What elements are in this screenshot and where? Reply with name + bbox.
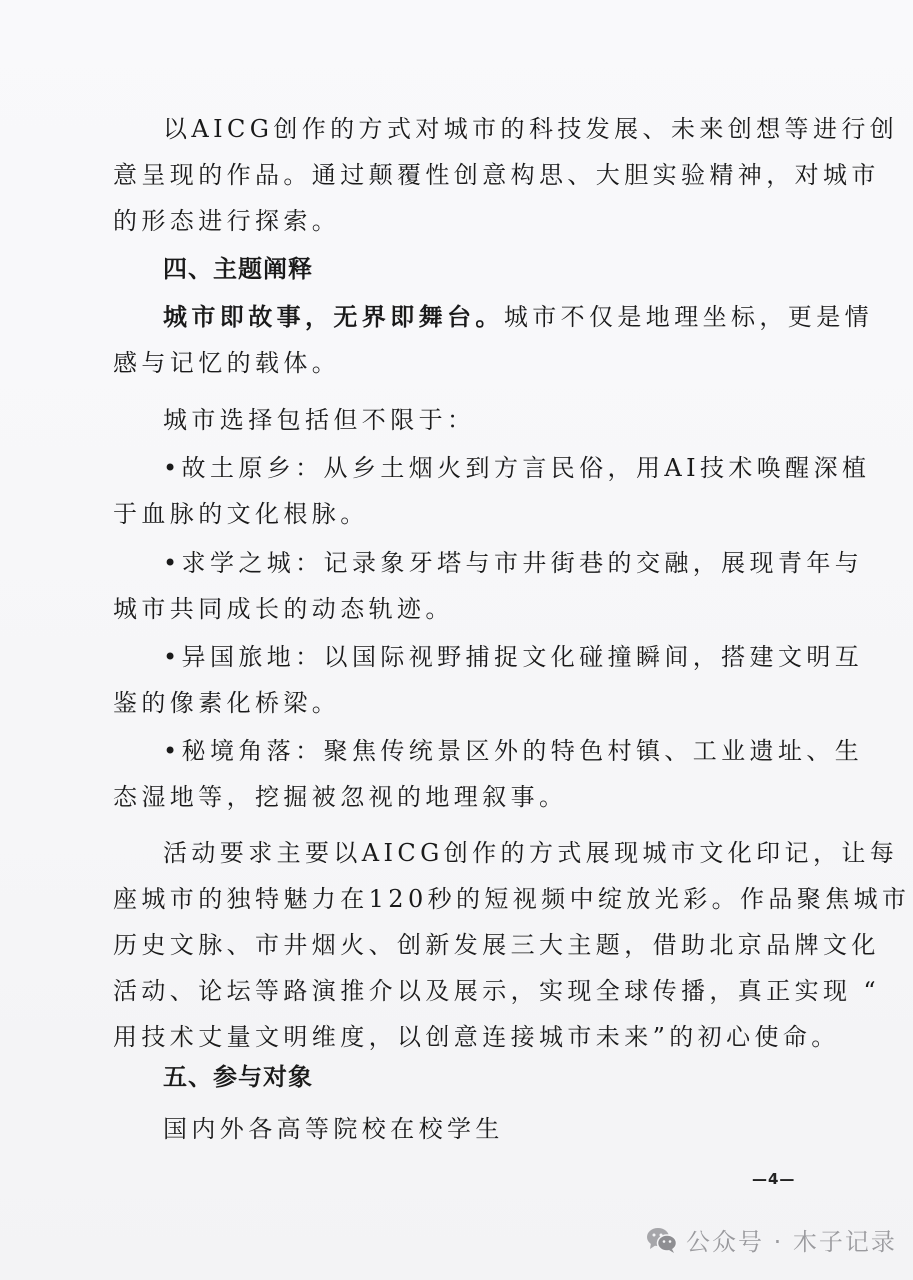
page-number: —4— [752,1170,795,1188]
bullet-foreign-line-1: •异国旅地：以国际视野捕捉文化碰撞瞬间，搭建文明互 [163,642,801,672]
intro-line-1: 以AICG创作的方式对城市的科技发展、未来创想等进行创 [163,114,801,144]
theme-bold-statement: 城市即故事，无界即舞台。 [163,302,504,331]
section-four-heading: 四、主题阐释 [163,254,863,284]
bullet-hidden-corner-line-1: •秘境角落：聚焦传统景区外的特色村镇、工业遗址、生 [163,736,801,766]
bullet-hometown-line-2: 于血脉的文化根脉。 [113,499,813,529]
activity-line-2: 座城市的独特魅力在120秒的短视频中绽放光彩。作品聚焦城市 [113,884,801,914]
bullet-study-city-line-2: 城市共同成长的动态轨迹。 [113,594,813,624]
city-selection-intro: 城市选择包括但不限于： [163,405,863,435]
activity-line-5: 用技术丈量文明维度，以创意连接城市未来”的初心使命。 [113,1022,813,1052]
document-page: 以AICG创作的方式对城市的科技发展、未来创想等进行创 意呈现的作品。通过颠覆性… [0,0,913,1280]
bullet-study-city-line-1: •求学之城：记录象牙塔与市井街巷的交融，展现青年与 [163,548,801,578]
section-five-body: 国内外各高等院校在校学生 [163,1114,863,1144]
watermark-text: 公众号 · 木子记录 [686,1222,897,1257]
theme-rest: 城市不仅是地理坐标，更是情 [504,303,873,331]
bullet-foreign-line-2: 鉴的像素化桥梁。 [113,688,813,718]
bullet-hometown-line-1: •故土原乡：从乡土烟火到方言民俗，用AI技术唤醒深植 [163,453,801,483]
activity-line-1: 活动要求主要以AICG创作的方式展现城市文化印记，让每 [163,838,801,868]
intro-line-2: 意呈现的作品。通过颠覆性创意构思、大胆实验精神，对城市 [113,160,801,190]
section-five-heading: 五、参与对象 [163,1062,863,1092]
activity-line-3: 历史文脉、市井烟火、创新发展三大主题，借助北京品牌文化 [113,930,801,960]
theme-line-2: 感与记忆的载体。 [113,348,813,378]
bullet-hidden-corner-line-2: 态湿地等，挖掘被忽视的地理叙事。 [113,782,813,812]
watermark: 公众号 · 木子记录 [646,1222,897,1257]
theme-line-1: 城市即故事，无界即舞台。城市不仅是地理坐标，更是情 [163,302,863,332]
intro-line-3: 的形态进行探索。 [113,206,813,236]
wechat-icon [646,1226,678,1254]
activity-line-4: 活动、论坛等路演推介以及展示，实现全球传播，真正实现 “ [113,976,801,1006]
